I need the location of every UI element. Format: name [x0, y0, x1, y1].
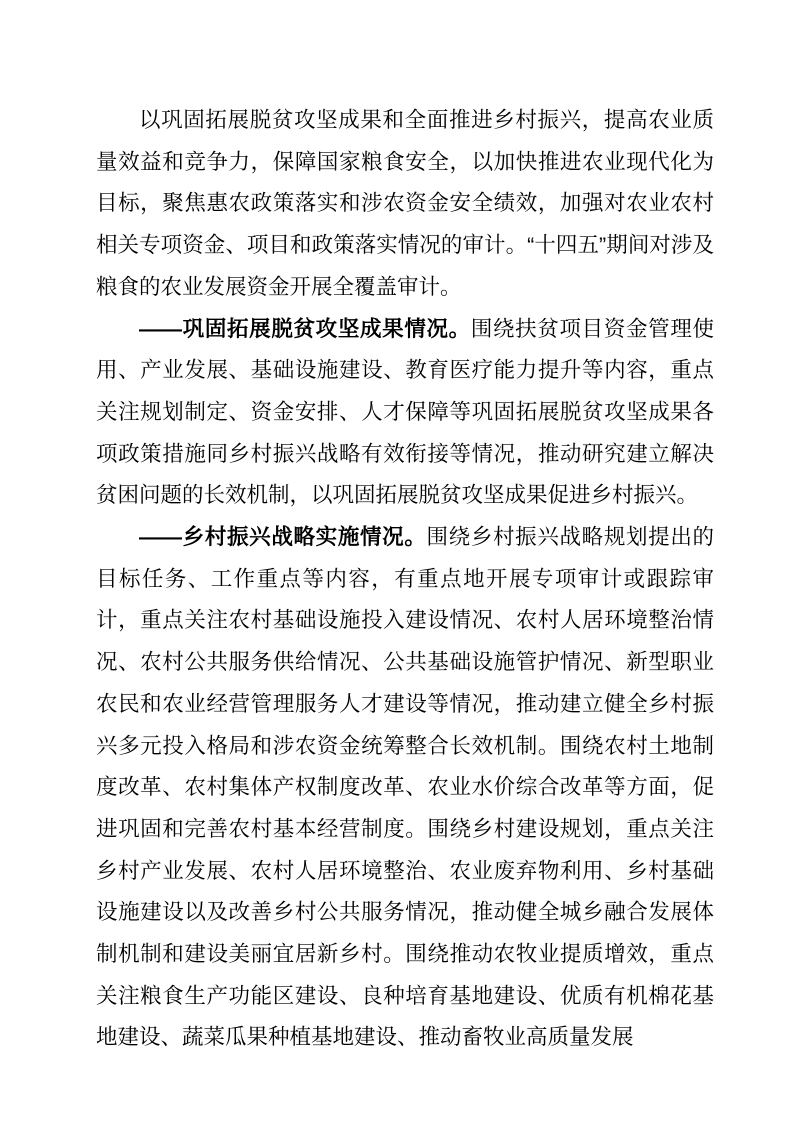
paragraph-rural-revitalization-strategy-implementation: ——乡村振兴战略实施情况。围绕乡村振兴战略规划提出的目标任务、工作重点等内容，有… [96, 517, 714, 1059]
text-run: 围绕扶贫项目资金管理使用、产业发展、基础设施建设、教育医疗能力提升等内容，重点关… [96, 317, 714, 508]
text-run: 以巩固拓展脱贫攻坚成果和全面推进乡村振兴，提高农业质量效益和竞争力，保障国家粮食… [96, 108, 714, 299]
paragraph-intro: 以巩固拓展脱贫攻坚成果和全面推进乡村振兴，提高农业质量效益和竞争力，保障国家粮食… [96, 100, 714, 309]
text-run: 围绕乡村振兴战略规划提出的目标任务、工作重点等内容，有重点地开展专项审计或跟踪审… [96, 525, 714, 1049]
paragraph-consolidate-poverty-alleviation-results: ——巩固拓展脱贫攻坚成果情况。围绕扶贫项目资金管理使用、产业发展、基础设施建设、… [96, 309, 714, 518]
document-body: 以巩固拓展脱贫攻坚成果和全面推进乡村振兴，提高农业质量效益和竞争力，保障国家粮食… [96, 100, 714, 1059]
text-run-bold: ——乡村振兴战略实施情况。 [139, 525, 427, 549]
text-run-bold: ——巩固拓展脱贫攻坚成果情况。 [139, 317, 471, 341]
document-page: 以巩固拓展脱贫攻坚成果和全面推进乡村振兴，提高农业质量效益和竞争力，保障国家粮食… [0, 0, 793, 1122]
